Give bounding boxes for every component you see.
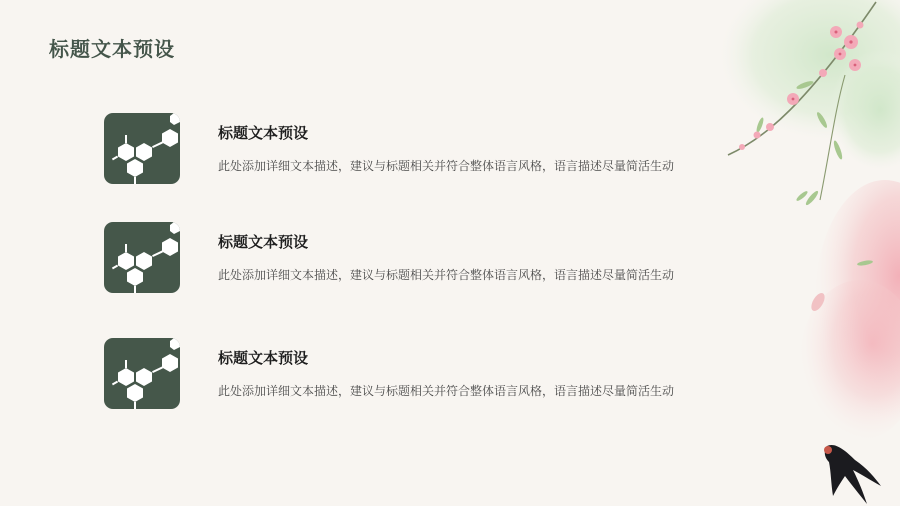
molecule-hexagon-icon — [104, 338, 180, 409]
swallow-bird-icon — [815, 438, 885, 506]
item-description: 此处添加详细文本描述，建议与标题相关并符合整体语言风格，语言描述尽量简活生动 — [218, 157, 674, 174]
molecule-hexagon-icon — [104, 113, 180, 184]
content-item: 标题文本预设 此处添加详细文本描述，建议与标题相关并符合整体语言风格，语言描述尽… — [104, 113, 764, 185]
slide: 标题文本预设 标题文本预设 此处添加详细文本描述，建议与标题相关并符合整体语言风… — [0, 0, 900, 506]
item-description: 此处添加详细文本描述，建议与标题相关并符合整体语言风格，语言描述尽量简活生动 — [218, 266, 674, 283]
item-description: 此处添加详细文本描述，建议与标题相关并符合整体语言风格，语言描述尽量简活生动 — [218, 382, 674, 399]
content-item: 标题文本预设 此处添加详细文本描述，建议与标题相关并符合整体语言风格，语言描述尽… — [104, 338, 764, 410]
page-title: 标题文本预设 — [49, 33, 175, 62]
molecule-hexagon-icon — [104, 222, 180, 293]
item-title: 标题文本预设 — [218, 231, 308, 252]
item-title: 标题文本预设 — [218, 122, 308, 143]
item-title: 标题文本预设 — [218, 347, 308, 368]
content-item: 标题文本预设 此处添加详细文本描述，建议与标题相关并符合整体语言风格，语言描述尽… — [104, 222, 764, 294]
